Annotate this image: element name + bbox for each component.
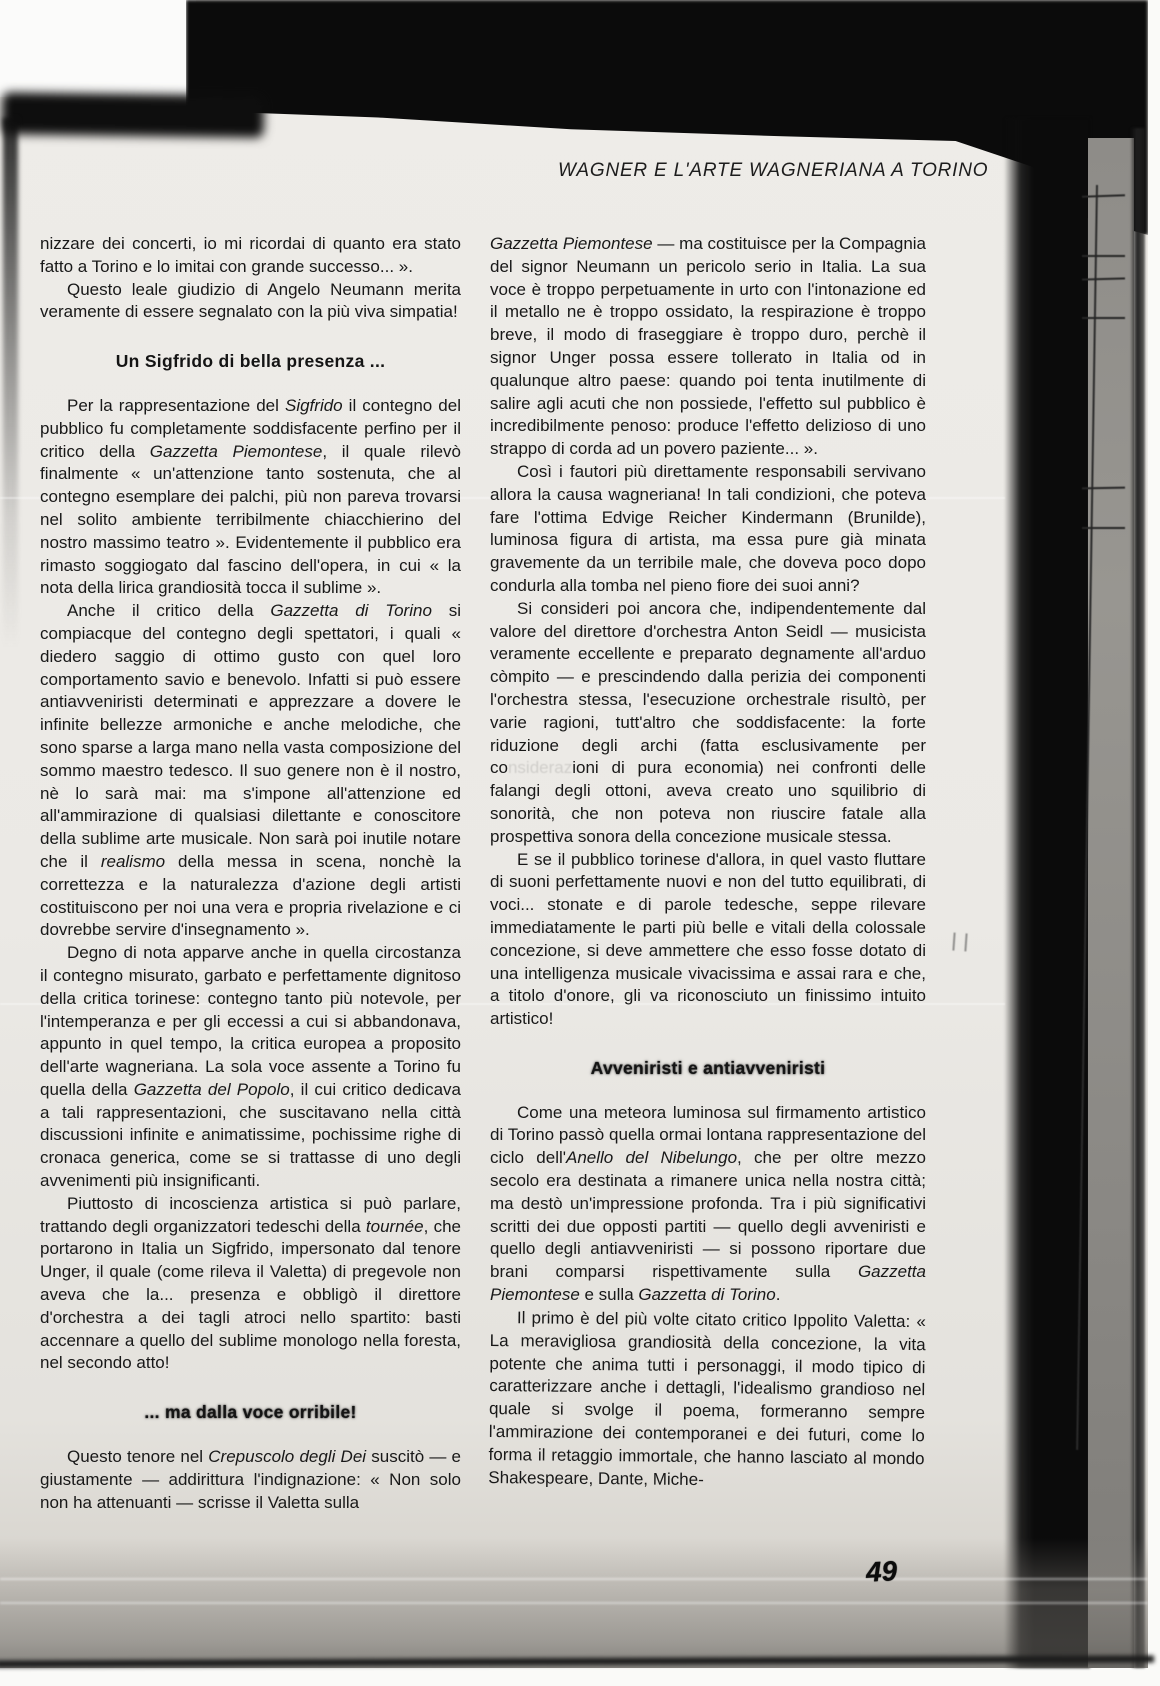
text-segment: Così i fautori più direttamente responsa… [490, 462, 926, 595]
pencil-margin-mark [952, 933, 967, 952]
scan-bottom-crease [0, 1602, 1148, 1604]
text-segment: Degno di nota apparve anche in quella ci… [40, 943, 461, 1099]
section-heading: Avveniristi e antiavveniristi [490, 1057, 926, 1080]
text-segment: Anello del Nibelungo [566, 1148, 737, 1167]
page-number: 49 [865, 1555, 898, 1589]
scan-corner-white [0, 0, 196, 97]
text-segment: Gazzetta di Torino [638, 1285, 775, 1304]
paragraph: E se il pubblico torinese d'allora, in q… [490, 849, 926, 1031]
scan-page-edge-rung [1082, 527, 1125, 529]
paragraph: Questo tenore nel Crepuscolo degli Dei s… [40, 1446, 461, 1514]
text-segment: Per la rappresentazione del [67, 396, 285, 415]
scanned-book-page: WAGNER E L'ARTE WAGNERIANA A TORINO nizz… [0, 0, 1160, 1686]
scan-right-edge-line [1131, 128, 1145, 1668]
paragraph: nizzare dei concerti, io mi ricordai di … [40, 233, 461, 279]
scan-page-edge-rung [1082, 317, 1125, 319]
paragraph: Si consideri poi ancora che, indipendent… [490, 598, 926, 849]
running-head: WAGNER E L'ARTE WAGNERIANA A TORINO [558, 160, 956, 182]
paragraph: Il primo è del più volte citato critico … [488, 1307, 926, 1494]
text-segment: , che portarono in Italia un Sigfrido, i… [40, 1217, 461, 1373]
text-column-right: Gazzetta Piemontese — ma costituisce per… [490, 233, 926, 1489]
paragraph: Questo leale giudizio di Angelo Neumann … [40, 279, 461, 325]
text-segment: ... ma dalla voce orribile! [144, 1402, 356, 1422]
text-segment: Gazzetta Piemontese [150, 442, 323, 461]
text-segment: Avveniristi e antiavveniristi [591, 1058, 826, 1078]
text-segment: Un Sigfrido di bella presenza ... [116, 351, 386, 371]
text-segment: — ma costituisce per la Compagnia del si… [490, 234, 926, 458]
text-segment: si compiacque del contegno degli spettat… [40, 601, 461, 871]
text-segment: Crepuscolo degli Dei [208, 1447, 366, 1466]
text-segment: Questo tenore nel [67, 1447, 208, 1466]
text-segment: tournée [366, 1217, 424, 1236]
text-segment: Si consideri poi ancora che, indipendent… [490, 599, 926, 778]
text-segment: Questo leale giudizio di Angelo Neumann … [40, 280, 461, 322]
section-heading: ... ma dalla voce orribile! [40, 1401, 461, 1424]
text-segment: realismo [101, 852, 165, 871]
text-segment: nsideraz [508, 758, 572, 777]
text-segment: nizzare dei concerti, io mi ricordai di … [40, 234, 461, 276]
scan-shadow-left-band [2, 92, 265, 138]
text-segment: e sulla [580, 1285, 639, 1304]
paragraph: Anche il critico della Gazzetta di Torin… [40, 600, 461, 942]
paragraph: Per la rappresentazione del Sigfrido il … [40, 395, 461, 600]
text-segment: Gazzetta del Popolo [134, 1080, 290, 1099]
section-heading: Un Sigfrido di bella presenza ... [40, 350, 461, 373]
text-segment: Gazzetta di Torino [270, 601, 432, 620]
text-segment: . [776, 1285, 781, 1304]
paragraph: Come una meteora luminosa sul firmamento… [490, 1102, 926, 1307]
text-segment: , il quale rilevò finalmente « un'attenz… [40, 442, 461, 598]
text-segment: Sigfrido [285, 396, 343, 415]
paragraph: Degno di nota apparve anche in quella ci… [40, 942, 461, 1193]
text-segment: Gazzetta Piemontese [490, 234, 653, 253]
text-column-left: nizzare dei concerti, io mi ricordai di … [40, 233, 461, 1514]
text-segment: E se il pubblico torinese d'allora, in q… [490, 850, 926, 1029]
paragraph: Così i fautori più direttamente responsa… [490, 461, 926, 598]
scan-shadow-left-line [3, 118, 18, 648]
scan-bottom-crease [0, 1578, 1148, 1580]
paragraph: Piuttosto di incoscienza artistica si pu… [40, 1193, 461, 1375]
text-segment: Anche il critico della [67, 601, 270, 620]
scan-page-edge-rung [1082, 255, 1125, 257]
text-segment: Il primo è del più volte citato critico … [488, 1308, 926, 1488]
paragraph: Gazzetta Piemontese — ma costituisce per… [490, 233, 926, 461]
